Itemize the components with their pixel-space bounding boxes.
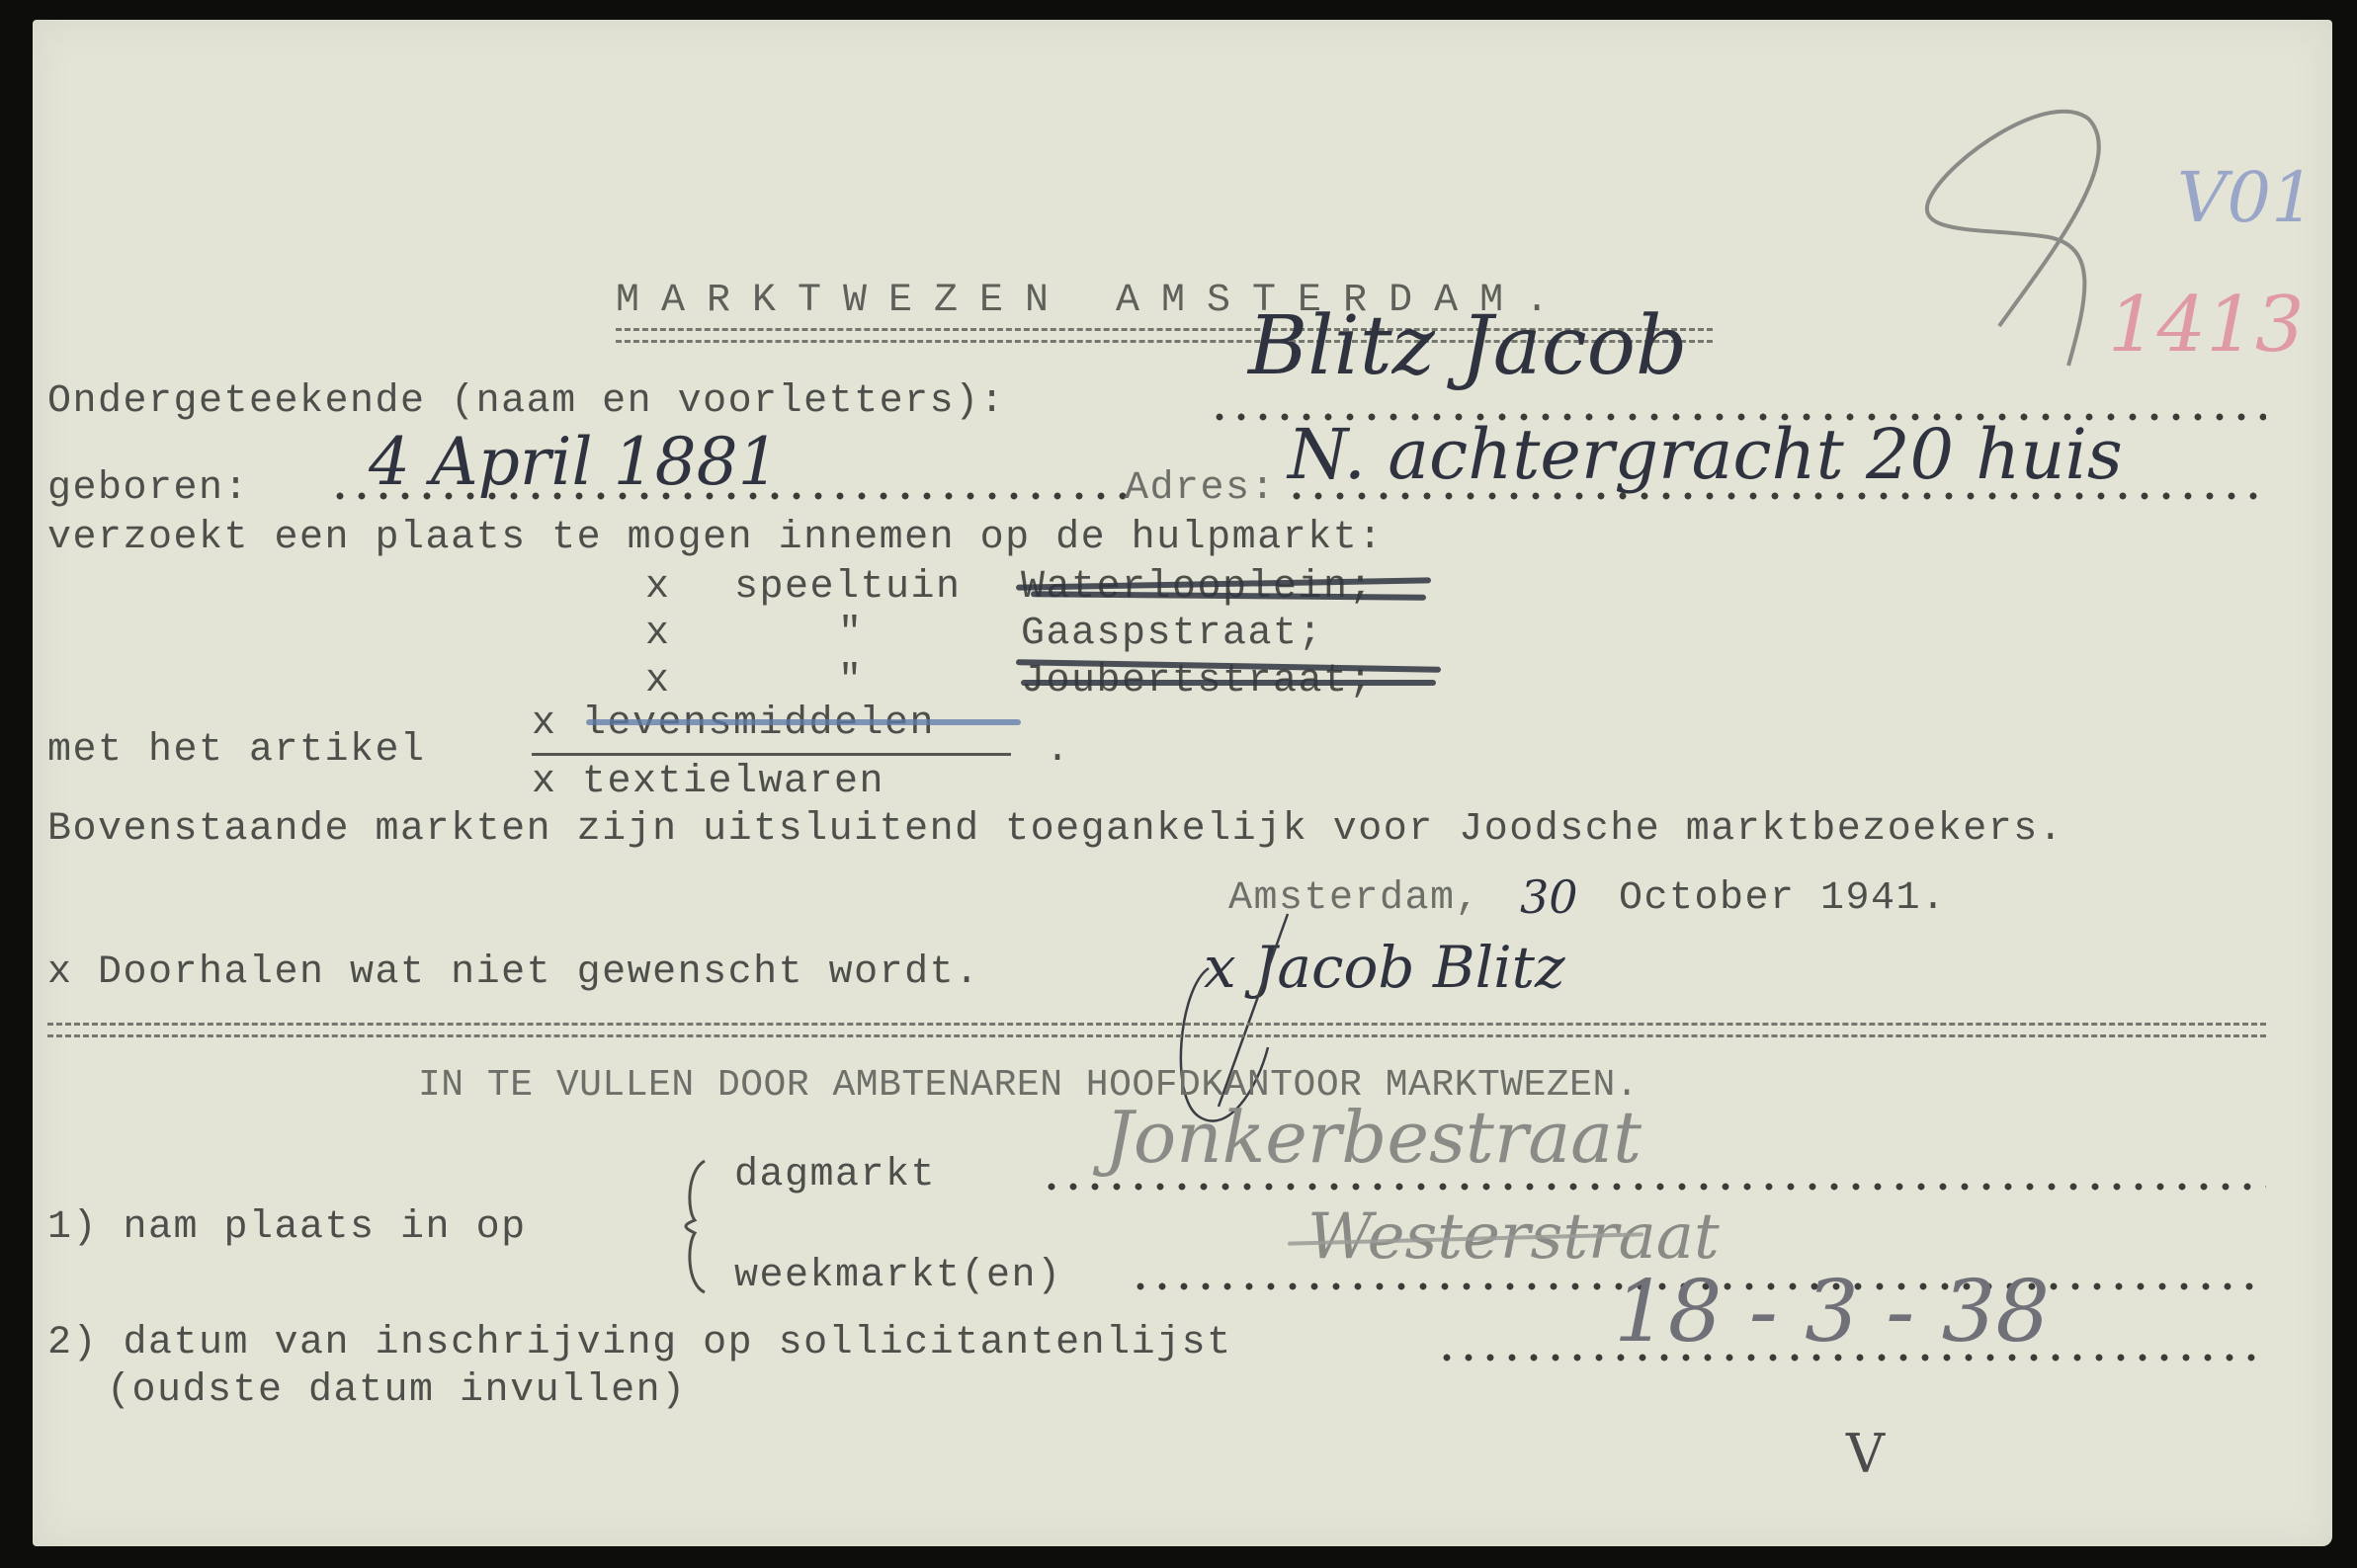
curly-brace-icon xyxy=(675,1156,715,1294)
market-prefix: " xyxy=(838,662,864,701)
date-text: October 1941. xyxy=(1619,879,1947,919)
notice-text: Bovenstaande markten zijn uitsluitend to… xyxy=(47,810,2063,850)
dagmarkt-value: Jonkerbestraat xyxy=(1105,1102,1641,1173)
name-value: Blitz Jacob xyxy=(1248,306,1687,387)
handwritten-day: 30 xyxy=(1520,874,1578,920)
index-card: MARKTWEZEN AMSTERDAM. V01 1413 Ondergete… xyxy=(33,20,2332,1546)
market-marker: x xyxy=(645,615,671,654)
checkmark: V xyxy=(1846,1428,1885,1481)
strikethrough xyxy=(1021,680,1436,686)
item2-label: 2) datum van inschrijving op sollicitant… xyxy=(47,1324,1232,1363)
item2-value: 18 - 3 - 38 xyxy=(1614,1270,2050,1355)
market-marker: x xyxy=(645,568,671,608)
market-prefix: " xyxy=(838,615,864,654)
fraction-divider xyxy=(532,753,1011,756)
born-value: 4 April 1881 xyxy=(369,430,780,495)
address-value: N. achtergracht 20 huis xyxy=(1288,420,2123,489)
item2-sub: (oudste datum invullen) xyxy=(107,1371,687,1411)
blue-code-mark: V01 xyxy=(2177,163,2315,232)
market-name: Gaaspstraat; xyxy=(1021,615,1323,654)
born-label: geboren: xyxy=(47,469,249,509)
market-prefix: speeltuin xyxy=(734,568,962,608)
name-label: Ondergeteekende (naam en voorletters): xyxy=(47,382,1005,422)
weekmarkt-label: weekmarkt(en) xyxy=(734,1257,1062,1296)
dagmarkt-dotted-line xyxy=(1041,1183,2266,1191)
address-label: Adres: xyxy=(1125,469,1276,509)
item1-label: 1) nam plaats in op xyxy=(47,1208,527,1248)
article-option: x textielwaren xyxy=(532,763,884,802)
footnote-text: x Doorhalen wat niet gewenscht wordt. xyxy=(47,953,980,993)
strikethrough xyxy=(586,719,1021,725)
market-marker: x xyxy=(645,662,671,701)
dagmarkt-label: dagmarkt xyxy=(734,1156,936,1196)
red-number-mark: 1413 xyxy=(2108,287,2305,364)
article-label: met het artikel xyxy=(47,731,426,771)
section-separator xyxy=(47,1023,2266,1037)
request-text: verzoekt een plaats te mogen innemen op … xyxy=(47,519,1384,558)
article-end: . xyxy=(1046,731,1071,771)
